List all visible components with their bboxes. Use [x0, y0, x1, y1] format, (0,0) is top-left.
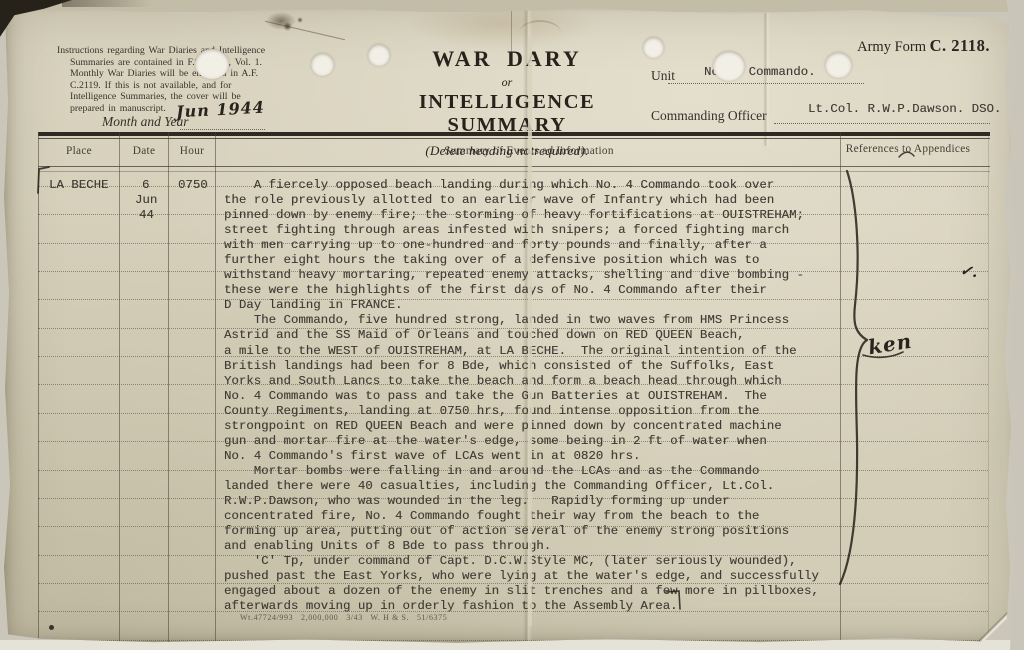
punch-hole: [195, 49, 229, 79]
summary-line: D Day landing in FRANCE.: [224, 298, 819, 313]
scanned-war-diary-page: Instructions regarding War Diaries and I…: [0, 0, 1024, 650]
stain-ring: [519, 20, 561, 46]
unit-dotted-leader: [668, 83, 864, 84]
summary-line: street fighting through areas infested w…: [224, 223, 819, 238]
table-top-heavy-rule: [38, 132, 990, 136]
margin-brace-upper: [847, 171, 867, 340]
month-year-handwritten-value: Jun 1944: [176, 98, 266, 122]
form-title: WAR DARY: [362, 46, 652, 72]
margin-brace-lower: [840, 340, 867, 584]
summary-line: forming up area, putting out of action s…: [224, 524, 819, 539]
summary-line: pinned down by enemy fire; the storming …: [224, 208, 819, 223]
ink-dot: [49, 625, 54, 630]
printer-code: Wt.47724/993 2,000,000 3/43 W. H & S. 51…: [240, 613, 447, 622]
summary-line: a mile to the WEST of OUISTREHAM, at LA …: [224, 344, 819, 359]
summary-line: No. 4 Commando's first wave of LCAs went…: [224, 449, 819, 464]
punch-hole: [825, 52, 852, 78]
column-line-summary-references: [840, 132, 841, 648]
instructions-line: Summaries are contained in F.S. Regs., V…: [57, 57, 295, 69]
ink-stain: [297, 17, 303, 23]
punch-hole: [368, 44, 390, 66]
top-edge-smudge: [62, 0, 152, 7]
summary-line: British landings had been for 8 Bde, whi…: [224, 359, 819, 374]
summary-line: Astrid and the SS Maid of Orleans and to…: [224, 328, 819, 343]
commanding-officer-typed-value: Lt.Col. R.W.P.Dawson. DSO.: [808, 102, 1001, 116]
punch-hole: [643, 37, 664, 58]
form-title-2: INTELLIGENCE SUMMARY: [362, 91, 652, 137]
army-form-label: Army Form: [857, 39, 926, 55]
summary-line: gun and mortar fire at the water's edge,…: [224, 434, 819, 449]
ruled-line: [38, 640, 988, 641]
summary-line: with men carrying up to one-hundred and …: [224, 238, 819, 253]
summary-line: pushed past the East Yorks, who were lyi…: [224, 569, 819, 584]
place-value: LA BECHE: [49, 178, 109, 192]
summary-line: these were the highlights of the first d…: [224, 283, 819, 298]
summary-line: strongpoint on RED QUEEN Beach and were …: [224, 419, 819, 434]
summary-line: and enabling Units of 8 Bde to pass thro…: [224, 539, 819, 554]
header-underline-2: [38, 171, 990, 172]
summary-line: A fiercely opposed beach landing during …: [224, 178, 819, 193]
summary-line: further eight hours the taking over of a…: [224, 253, 819, 268]
punch-hole: [311, 53, 334, 76]
commanding-officer-label: Commanding Officer: [651, 108, 767, 124]
scratch-mark: [265, 21, 345, 40]
army-form-number: Army Form C. 2118.: [828, 36, 990, 56]
instructions-line: C.2119. If this is not available, and fo…: [57, 80, 295, 92]
unit-label: Unit: [651, 68, 675, 84]
summary-line: 'C' Tp, under command of Capt. D.C.W.Sty…: [224, 554, 819, 569]
summary-line: County Regiments, landing at 0750 hrs, f…: [224, 404, 819, 419]
form-title-or: or: [362, 75, 652, 90]
paper-sheet: Instructions regarding War Diaries and I…: [2, 6, 1014, 644]
summary-line: withstand heavy mortaring, repeated enem…: [224, 268, 819, 283]
date-year-value: 44: [139, 208, 154, 222]
column-header-date: Date: [133, 145, 156, 157]
summary-of-events-text: A fiercely opposed beach landing during …: [224, 178, 819, 614]
summary-line: The Commando, five hundred strong, lande…: [224, 313, 819, 328]
month-year-dotted-leader: [180, 129, 265, 130]
hour-value: 0750: [178, 178, 208, 192]
commanding-officer-dotted-leader: [774, 123, 990, 124]
form-masthead: WAR DARY or INTELLIGENCE SUMMARY (Delete…: [362, 46, 652, 159]
column-line-place-date: [119, 132, 120, 648]
column-header-place: Place: [66, 145, 92, 157]
instructions-line: Instructions regarding War Diaries and I…: [57, 45, 295, 57]
summary-line: the role previously allotted to an earli…: [224, 193, 819, 208]
handwritten-checkmark: ✓.: [959, 261, 979, 281]
column-header-hour: Hour: [180, 145, 204, 157]
fold-erasure: [528, 36, 532, 626]
folded-corner: [974, 608, 1016, 644]
army-form-code: C. 2118.: [930, 36, 990, 55]
column-line-hour-summary: [215, 132, 216, 648]
punch-hole: [713, 51, 745, 81]
summary-line: landed there were 40 casualties, includi…: [224, 479, 819, 494]
summary-line: concentrated fire, No. 4 Commando fought…: [224, 509, 819, 524]
date-month-value: Jun: [135, 193, 157, 207]
column-line-left: [38, 132, 39, 648]
handwritten-initials: ken: [866, 329, 913, 360]
summary-line: No. 4 Commando was to pass and take the …: [224, 389, 819, 404]
summary-line: engaged about a dozen of the enemy in sl…: [224, 584, 819, 599]
paper-stain: [407, 0, 597, 50]
column-line-right: [988, 132, 989, 648]
summary-line: Yorks and South Lancs to take the beach …: [224, 374, 819, 389]
summary-line: R.W.P.Dawson, who was wounded in the leg…: [224, 494, 819, 509]
column-line-date-hour: [168, 132, 169, 648]
table-top-thin-rule: [38, 138, 990, 139]
instructions-line: Monthly War Diaries will be enclosed in …: [57, 68, 295, 80]
date-day-value: 6: [142, 178, 149, 192]
column-header-references: References to Appendices: [846, 143, 971, 155]
summary-line: Mortar bombs were falling in and around …: [224, 464, 819, 479]
header-underline: [38, 166, 990, 167]
